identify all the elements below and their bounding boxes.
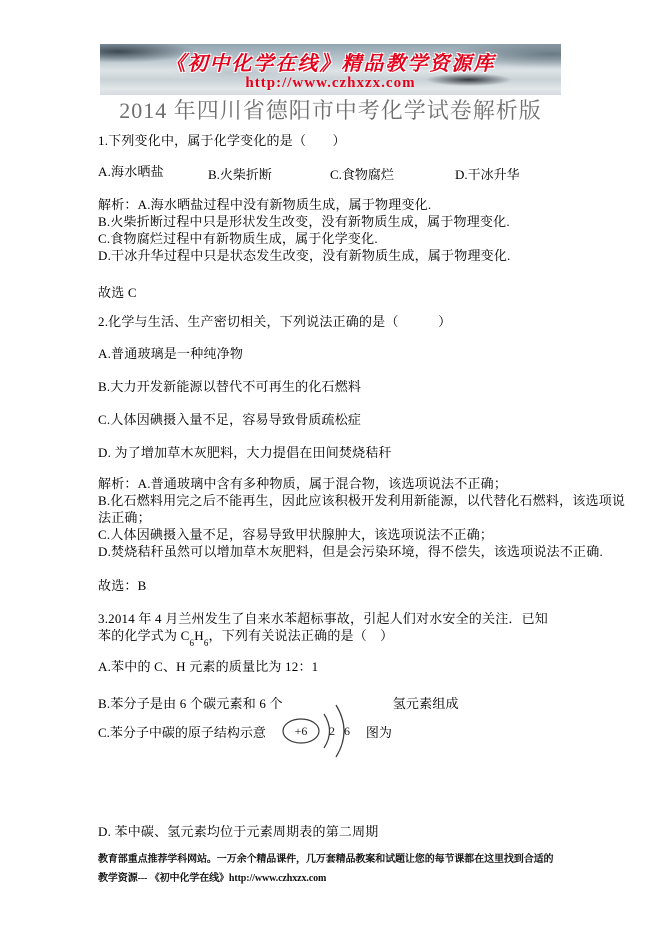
q3-formula-pre: 苯的化学式为 C [98, 628, 190, 643]
q2-stem: 2.化学与生活、生产密切相关，下列说法正确的是（ ） [98, 314, 451, 329]
q1-stem: 1.下列变化中，属于化学变化的是（ ） [98, 133, 346, 148]
banner-url-link[interactable]: http://www.czhxzx.com [245, 75, 415, 92]
q3-formula-post: ，下列有关说法正确的是（ ） [209, 628, 394, 643]
q3-option-a: A.苯中的 C、H 元素的质量比为 12：1 [98, 659, 318, 674]
q2-option-d: D. 为了增加草木灰肥料，大力提倡在田间焚烧秸秆 [98, 445, 392, 460]
document-page: 《初中化学在线》精品教学资源库 http://www.czhxzx.com 20… [0, 0, 661, 935]
footer-site-name: 教学资源--- 《初中化学在线》 [98, 873, 229, 884]
q2-option-c: C.人体因碘摄入量不足，容易导致骨质疏松症 [98, 412, 361, 427]
footer-url-link[interactable]: http://www.czhxzx.com [229, 873, 326, 884]
q1-analysis-b: B.火柴折断过程中只是形状发生改变，没有新物质生成，属于物理变化. [98, 214, 510, 229]
q3-formula-mid: H [194, 628, 204, 643]
q3-option-c-post: 图为 [366, 722, 392, 741]
shell2-electrons-label: 6 [344, 724, 350, 738]
banner-title: 《初中化学在线》精品教学资源库 [166, 47, 496, 76]
q1-analysis-a: 解析：A.海水晒盐过程中没有新物质生成，属于物理变化. [98, 197, 431, 212]
page-title: 2014 年四川省德阳市中考化学试卷解析版 [0, 94, 661, 125]
q3-option-c-pre: C.苯分子中碳的原子结构示意 [98, 722, 266, 741]
q2-analysis-a: 解析：A.普通玻璃中含有多种物质，属于混合物，该选项说法不正确； [98, 476, 507, 491]
q1-analysis-c: C.食物腐烂过程中有新物质生成，属于化学变化. [98, 231, 378, 246]
q3-option-d: D. 苯中碳、氢元素均位于元素周期表的第二周期 [98, 824, 379, 839]
formula-subscript: 6 [204, 638, 209, 648]
q1-option-a: A.海水晒盐 [98, 164, 164, 179]
q3-stem-line2: 苯的化学式为 C6H6，下列有关说法正确的是（ ） [98, 628, 393, 649]
q1-answer: 故选 C [98, 285, 137, 300]
q2-option-b: B.大力开发新能源以替代不可再生的化石燃料 [98, 379, 361, 394]
q1-option-b: B.火柴折断 [208, 164, 272, 183]
q2-analysis-c: C.人体因碘摄入量不足，容易导致甲状腺肿大，该选项说法不正确； [98, 527, 493, 542]
carbon-atom-structure-diagram: +6 2 6 [280, 699, 356, 763]
shell1-electrons-label: 2 [329, 724, 335, 738]
formula-subscript: 6 [190, 638, 195, 648]
q3-option-c: C.苯分子中碳的原子结构示意 +6 2 6 图为 [98, 698, 392, 764]
footer-slogan-line1: 教育部重点推荐学科网站。一万余个精品课件，几万套精品教案和试题让您的每节课都在这… [98, 850, 553, 865]
q2-option-a: A.普通玻璃是一种纯净物 [98, 346, 243, 361]
q2-analysis-b1: B.化石燃料用完之后不能再生，因此应该积极开发利用新能源，以代替化石燃料，该选项… [98, 493, 625, 508]
nucleus-charge-label: +6 [295, 724, 308, 738]
q2-analysis-d: D.焚烧秸秆虽然可以增加草木灰肥料，但是会污染环境，得不偿失，该选项说法不正确. [98, 544, 603, 559]
site-banner[interactable]: 《初中化学在线》精品教学资源库 http://www.czhxzx.com [100, 44, 561, 95]
q3-stem-line1: 3.2014 年 4 月兰州发生了自来水苯超标事故，引起人们对水安全的关注．已知 [98, 611, 548, 626]
q1-option-d: D.干冰升华 [455, 164, 520, 183]
footer-slogan-line2: 教学资源--- 《初中化学在线》http://www.czhxzx.com [98, 869, 326, 884]
q1-option-c: C.食物腐烂 [330, 164, 394, 183]
q3-option-b-post: 氢元素组成 [393, 696, 459, 711]
q2-analysis-b2: 法正确； [98, 510, 151, 525]
q2-answer: 故选：B [98, 578, 146, 593]
q1-analysis-d: D.干冰升华过程中只是状态发生改变，没有新物质生成，属于物理变化. [98, 248, 511, 263]
